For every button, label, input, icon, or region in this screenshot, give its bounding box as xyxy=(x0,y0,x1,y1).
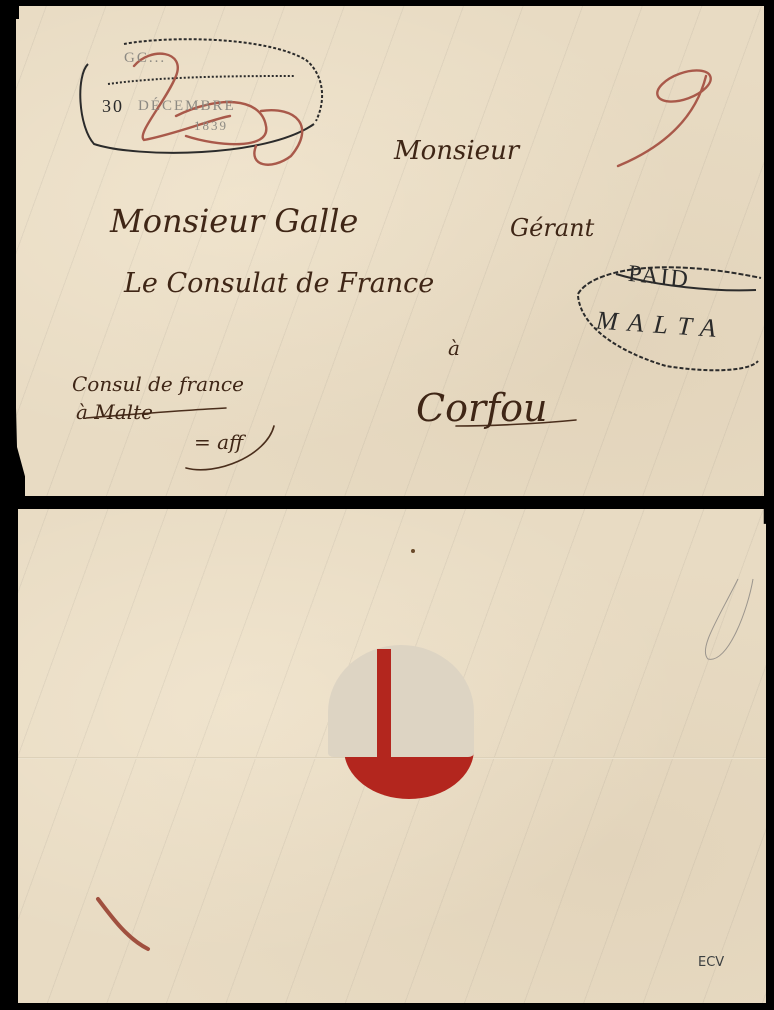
address-title: Gérant xyxy=(510,214,594,242)
forwarder-note-line2: à Malte xyxy=(76,400,153,424)
manuscript-rate-9 xyxy=(618,64,715,166)
forwarder-note-line3: = aff xyxy=(194,430,243,454)
postmark-day: 30 xyxy=(102,96,124,117)
seal-wax-strip xyxy=(377,649,391,759)
faint-pencil-loop xyxy=(705,579,753,659)
red-wax-smear xyxy=(98,899,148,949)
address-city: Corfou xyxy=(416,386,548,430)
letter-front: GC... 30 DÉCEMBRE 1839 Monsieur Monsieur… xyxy=(16,6,764,496)
postmark-month: DÉCEMBRE xyxy=(138,98,236,115)
address-line2: Le Consulat de France xyxy=(124,268,434,299)
letter-back: ECV xyxy=(18,509,766,1003)
address-salutation: Monsieur xyxy=(394,136,519,166)
address-prefix: à xyxy=(448,336,460,360)
postmark-top-text: GC... xyxy=(124,50,166,67)
postmark-year: 1839 xyxy=(194,118,228,134)
back-annotation: ECV xyxy=(698,955,724,970)
forwarder-note-line1: Consul de france xyxy=(72,372,244,396)
ink-dot xyxy=(411,549,415,553)
address-name: Monsieur Galle xyxy=(110,202,358,240)
